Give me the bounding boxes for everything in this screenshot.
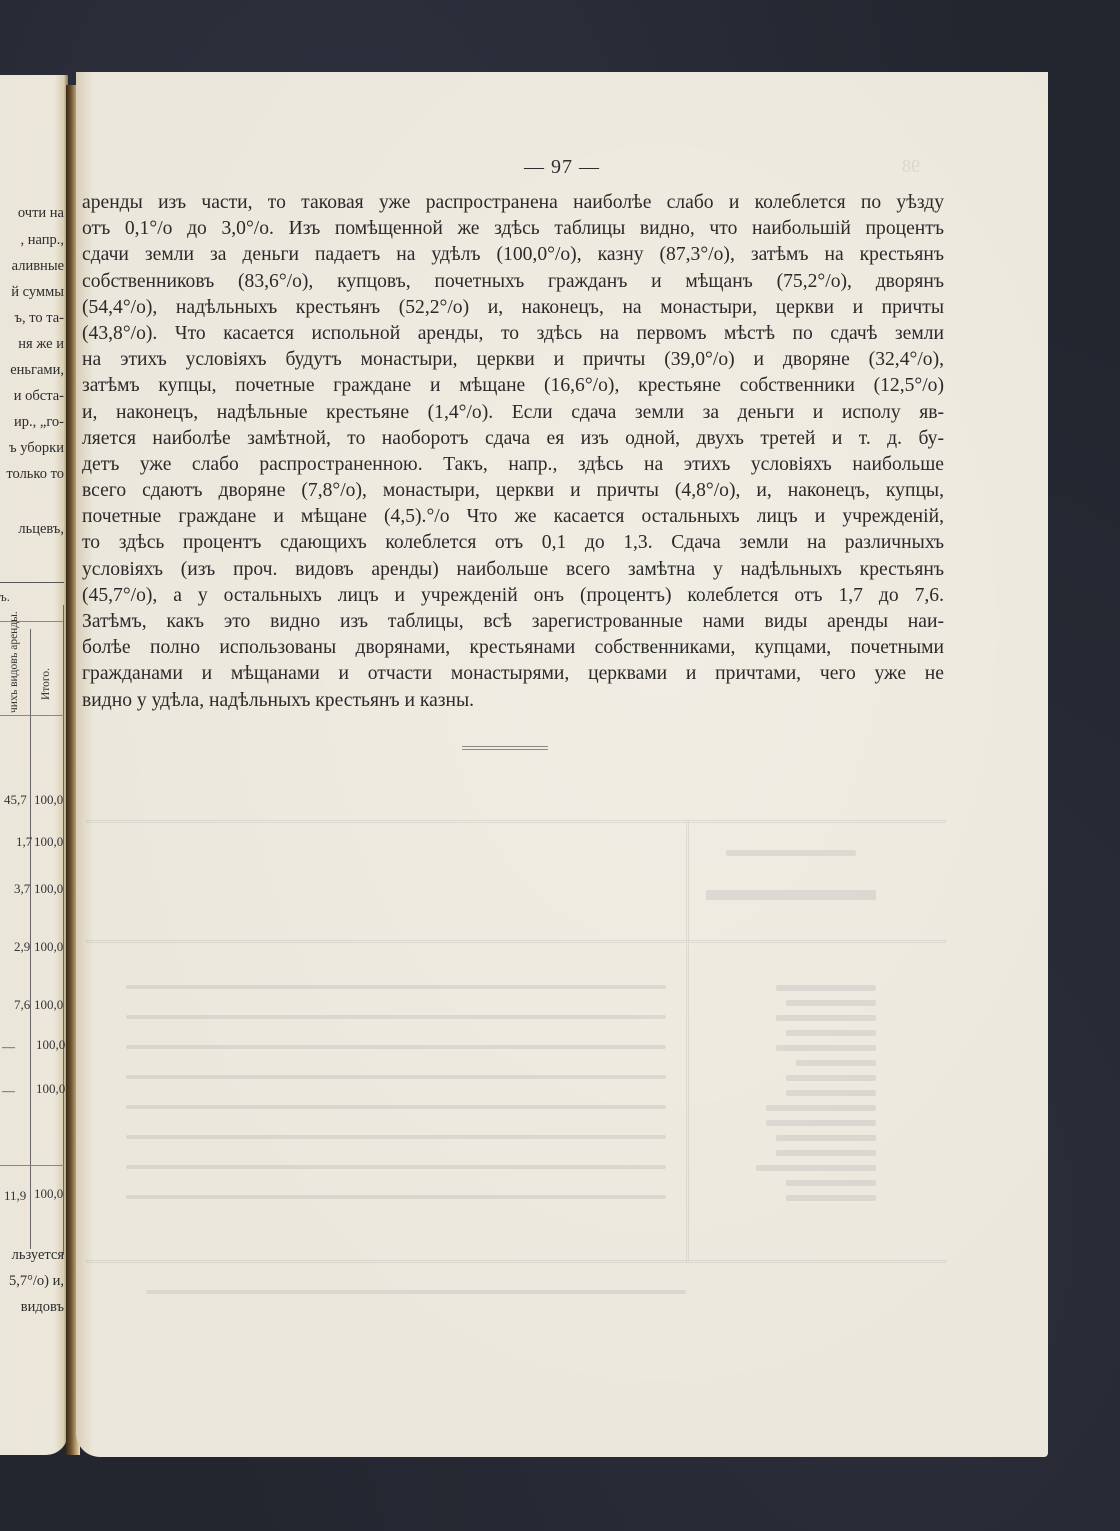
text-line: затѣмъ купцы, почетные граждане и мѣщане… <box>82 373 944 399</box>
cell-total: 100,0 <box>34 939 63 955</box>
right-page: — 97 — 98 аренды изъ части, то таковая у… <box>76 72 1048 1457</box>
cell-total: 100,0 <box>36 1081 65 1097</box>
left-text-line: аливные <box>12 256 64 276</box>
text-line: гражданами и мѣщанами и отчасти монастыр… <box>82 661 944 687</box>
text-line: условіяхъ (изъ проч. видовъ аренды) наиб… <box>82 557 944 583</box>
cell-total: 100,0 <box>34 834 63 850</box>
bleed-through-page-number: 98 <box>902 156 920 177</box>
table-caption-fragment: ъ. <box>0 589 10 605</box>
table-right-border <box>63 605 64 1255</box>
left-text-line: , напр., <box>20 230 64 250</box>
text-line: сдачи земли за деньги падаетъ на удѣлъ (… <box>82 242 944 268</box>
text-line: аренды изъ части, то таковая уже распрос… <box>82 190 944 216</box>
left-text-line: ъ уборки <box>9 438 64 458</box>
text-line: болѣе полно использованы дворянами, крес… <box>82 635 944 661</box>
table-total-rule <box>0 1165 64 1166</box>
text-line: детъ уже слабо распространенною. Такъ, н… <box>82 452 944 478</box>
cell-other: 2,9 <box>14 939 30 955</box>
left-text-line: ъ, то та- <box>14 308 64 328</box>
text-line: (45,7°/о), а у остальныхъ лицъ и учрежде… <box>82 583 944 609</box>
left-text-line: ня же и <box>18 334 64 354</box>
table-top-rule <box>0 582 64 583</box>
text-line: (54,4°/о), надѣльныхъ крестьянъ (52,2°/о… <box>82 295 944 321</box>
left-text-line: й суммы <box>11 282 64 302</box>
cell-total: 100,0 <box>34 1186 63 1202</box>
left-text-line: еньгами, <box>10 360 64 380</box>
text-line: собственниковъ (83,6°/о), купцовъ, почет… <box>82 269 944 295</box>
text-line: Затѣмъ, какъ это видно изъ таблицы, всѣ … <box>82 609 944 635</box>
text-line: (43,8°/о). Что касается испольной аренды… <box>82 321 944 347</box>
cell-total: 100,0 <box>34 997 63 1013</box>
cell-other: — <box>2 1083 15 1099</box>
cell-other: — <box>2 1039 15 1055</box>
left-text-line: видовъ <box>21 1297 64 1317</box>
left-text-line: ир., „го- <box>14 412 64 432</box>
text-line: видно у удѣла, надѣльныхъ крестьянъ и ка… <box>82 688 944 714</box>
text-line: ляется наиболѣе замѣтной, то наоборотъ с… <box>82 426 944 452</box>
cell-total: 100,0 <box>36 1037 65 1053</box>
left-text-line: льцевъ, <box>18 519 64 539</box>
left-text-line: льзуется <box>12 1245 64 1265</box>
bleed-through-table <box>86 810 946 1330</box>
left-page-fragment: очти на , напр., аливные й суммы ъ, то т… <box>0 75 68 1455</box>
cell-total: 100,0 <box>34 881 63 897</box>
left-text-line: и обста- <box>14 386 64 406</box>
section-end-rule <box>462 746 548 750</box>
cell-other: 11,9 <box>4 1188 26 1204</box>
text-line: отъ 0,1°/о до 3,0°/о. Изъ помѣщенной же … <box>82 216 944 242</box>
left-text-line: только то <box>6 464 64 484</box>
left-text-line: очти на <box>18 203 64 223</box>
text-line: на этихъ условіяхъ будутъ монастыри, цер… <box>82 347 944 373</box>
text-line: то здѣсь процентъ сдающихъ колеблется от… <box>82 530 944 556</box>
cell-other: 3,7 <box>14 881 30 897</box>
cell-other: 45,7 <box>4 792 27 808</box>
text-line: всего сдаютъ дворяне (7,8°/о), монастыри… <box>82 478 944 504</box>
text-line: и, наконецъ, надѣльные крестьяне (1,4°/о… <box>82 400 944 426</box>
table-header-other: чихъ видовъ аренды. <box>8 631 21 713</box>
table-header-bottom-rule <box>0 715 64 716</box>
left-text-line: 5,7°/о) и, <box>9 1271 64 1291</box>
cell-total: 100,0 <box>34 792 63 808</box>
table-header-total: Итого. <box>40 650 53 700</box>
body-paragraph: аренды изъ части, то таковая уже распрос… <box>82 190 944 714</box>
text-line: почетные граждане и мѣщане (4,5).°/о Что… <box>82 504 944 530</box>
cell-other: 7,6 <box>14 997 30 1013</box>
cell-other: 1,7 <box>16 834 32 850</box>
